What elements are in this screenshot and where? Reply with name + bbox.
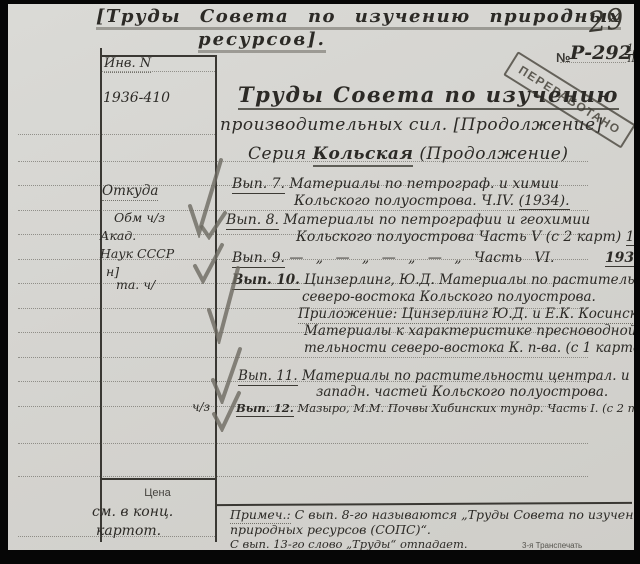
main-title-line2: производительных сил. [Продолжение] bbox=[220, 115, 603, 135]
entry-year: 1935. bbox=[605, 250, 634, 267]
entry-text: Материалы по петрографии и геохимии bbox=[283, 212, 590, 228]
entry-text: — „ — „ — „ — „ Часть VI. bbox=[289, 250, 554, 266]
entry-text: Материалы по петрограф. и химии bbox=[289, 176, 558, 192]
ruled-line bbox=[18, 210, 588, 211]
entry-text: западн. частей Кольского полуострова. bbox=[316, 384, 608, 400]
footnote-line1: Примеч.: С вып. 8-го называются „Труды С… bbox=[230, 507, 634, 522]
doc-number-fraction-bottom: III bbox=[625, 55, 634, 65]
series-post: (Продолжение) bbox=[419, 144, 568, 164]
price-box-line bbox=[100, 478, 215, 480]
checkmark-icon bbox=[198, 210, 228, 240]
ruled-line bbox=[18, 476, 588, 477]
entry-year: (1934). bbox=[519, 193, 570, 210]
price-label: Цена bbox=[100, 487, 215, 499]
series-name: Кольская bbox=[313, 144, 414, 167]
ruled-line bbox=[18, 134, 215, 135]
inventory-number: 1936-410 bbox=[103, 90, 170, 106]
checkmark-icon bbox=[204, 264, 242, 344]
entry-year: 1934 bbox=[626, 229, 634, 246]
doc-number-fraction: 12 III bbox=[625, 44, 634, 65]
entry-number: Вып. 10. bbox=[232, 272, 300, 290]
price-note-line1: см. в конц. bbox=[92, 504, 173, 520]
entry-7-line2: Кольского полуострова. Ч.IV. (1934). bbox=[232, 193, 570, 210]
footnote-line2: природных ресурсов (СОПС)“. bbox=[230, 522, 634, 537]
entry-number: Вып. 11. bbox=[238, 368, 298, 386]
entry-8: Вып. 8. Материалы по петрографии и геохи… bbox=[226, 212, 634, 246]
margin-note-b: Акад. bbox=[100, 228, 136, 243]
entry-11-line2: западн. частей Кольского полуострова. 19… bbox=[238, 384, 634, 400]
entry-text: Кольского полуострова Часть V (с 2 карт) bbox=[296, 229, 621, 245]
margin-note-c: Наук СССР bbox=[100, 246, 174, 261]
margin-note-a: Обм ч/з bbox=[114, 210, 165, 225]
entry-text: Материалы по растительности централ. и bbox=[302, 368, 630, 384]
margin-note-e: та. ч/ bbox=[116, 277, 155, 292]
footnote-text: С вып. 13-го слово „Труды“ отпадает. bbox=[230, 537, 468, 550]
entry-number: Вып. 12. bbox=[236, 401, 294, 417]
entry-10-line5: тельности северо-востока К. п-ва. (с 1 к… bbox=[232, 340, 634, 357]
ruled-line bbox=[18, 443, 588, 444]
entry-10-line1: Вып. 10. Цинзерлинг, Ю.Д. Материалы по р… bbox=[232, 272, 634, 289]
column-line-left bbox=[100, 48, 102, 542]
ruled-line bbox=[18, 357, 588, 358]
doc-number-rule bbox=[560, 62, 626, 63]
printer-mark: 3-я Транспечать bbox=[522, 541, 582, 550]
footnote-text: природных ресурсов (СОПС)“. bbox=[230, 522, 431, 537]
header-line2: ресурсов]. bbox=[198, 29, 326, 53]
entry-9: Вып. 9. — „ — „ — „ — „ Часть VI. 1935. bbox=[232, 250, 634, 267]
footnote-text: С вып. 8-го называются „Труды Совета по … bbox=[295, 507, 634, 522]
entry-8-line1: Вып. 8. Материалы по петрографии и геохи… bbox=[226, 212, 634, 229]
entry-11-line1: Вып. 11. Материалы по растительности цен… bbox=[238, 368, 634, 384]
entry-text: Материалы к характеристике пресноводной … bbox=[304, 323, 634, 339]
entry-text: северо-востока Кольского полуострова. bbox=[302, 289, 596, 305]
entry-text: Приложение: Цинзерлинг Ю.Д. и Е.К. Косин… bbox=[298, 306, 634, 324]
entry-8-line2: Кольского полуострова Часть V (с 2 карт)… bbox=[226, 229, 634, 246]
catalog-card: [Труды Совета по изучению природных ресу… bbox=[8, 4, 634, 550]
footnote-line bbox=[215, 502, 632, 506]
inventory-label: Инв. N bbox=[104, 56, 151, 73]
checkmark-icon bbox=[210, 390, 242, 432]
entry-7: Вып. 7. Материалы по петрограф. и химии … bbox=[232, 176, 570, 210]
entry-text: Цинзерлинг, Ю.Д. Материалы по растительн… bbox=[304, 272, 634, 288]
series-pre: Серия bbox=[248, 144, 307, 164]
entry-7-line1: Вып. 7. Материалы по петрограф. и химии bbox=[232, 176, 570, 193]
entry-12: Вып. 12. Мазыро, М.М. Почвы Хибинских ту… bbox=[236, 400, 634, 417]
main-title-line1: Труды Совета по изучению bbox=[238, 82, 619, 110]
series-line: Серия Кольская (Продолжение) bbox=[248, 144, 568, 164]
entry-text: Мазыро, М.М. Почвы Хибинских тундр. Част… bbox=[297, 401, 634, 415]
header-line1: [Труды Совета по изучению природных bbox=[96, 6, 621, 30]
page-number: 29 bbox=[586, 4, 625, 39]
entry-10-line4: Материалы к характеристике пресноводной … bbox=[232, 323, 634, 340]
entry-number: Вып. 8. bbox=[226, 212, 279, 230]
otkuda-label: Откуда bbox=[102, 183, 158, 201]
entry-number: Вып. 7. bbox=[232, 176, 285, 194]
entry-10-line3: Приложение: Цинзерлинг Ю.Д. и Е.К. Косин… bbox=[232, 306, 634, 323]
entry-text: Кольского полуострова. Ч.IV. bbox=[294, 193, 514, 209]
entry-10-line2: северо-востока Кольского полуострова. bbox=[232, 289, 634, 306]
entry-10: Вып. 10. Цинзерлинг, Ю.Д. Материалы по р… bbox=[232, 272, 634, 357]
price-note-line2: картот. bbox=[96, 523, 161, 539]
entry-11: Вып. 11. Материалы по растительности цен… bbox=[238, 368, 634, 400]
entry-text: тельности северо-востока К. п-ва. (с 1 к… bbox=[304, 340, 634, 356]
